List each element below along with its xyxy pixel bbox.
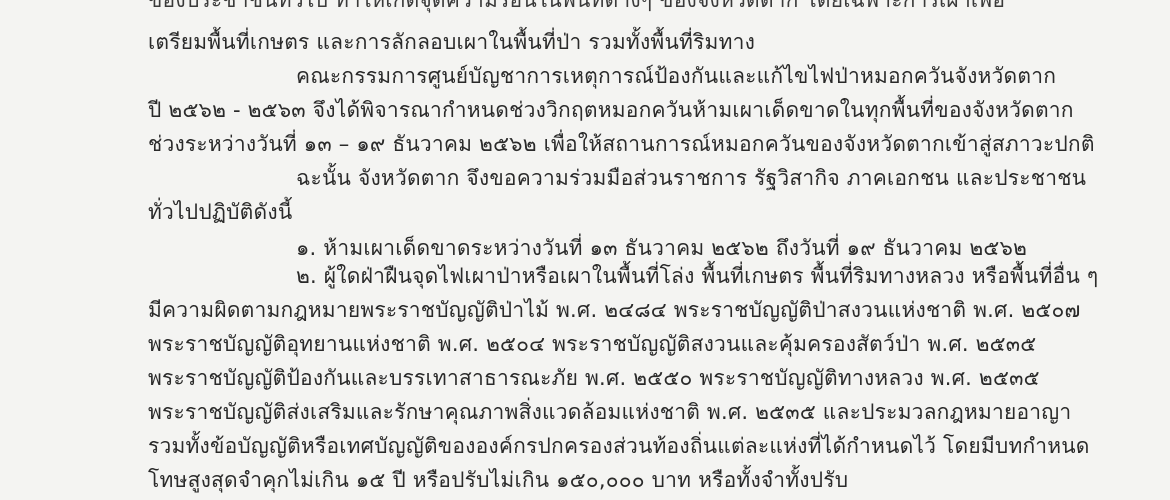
list-item-2: ๒. ผู้ใดฝ่าฝืนจุดไฟเผาป่าหรือเผาในพื้นที… (296, 262, 1098, 290)
paragraph-line: ปี ๒๕๖๒ - ๒๕๖๓ จึงได้พิจารณากำหนดช่วงวิก… (148, 96, 1074, 124)
list-item-1: ๑. ห้ามเผาเด็ดขาดระหว่างวันที่ ๑๓ ธันวาค… (296, 234, 1027, 262)
paragraph-line-indented: ฉะนั้น จังหวัดตาก จึงขอความร่วมมือส่วนรา… (296, 164, 1086, 192)
paragraph-line-indented: คณะกรรมการศูนย์บัญชาการเหตุการณ์ป้องกันแ… (296, 62, 1056, 90)
scanned-document-page: ของประชาชนทั่วไป ทำให้เกิดจุดความร้อนในพ… (0, 0, 1170, 500)
paragraph-line-cut-off: ของประชาชนทั่วไป ทำให้เกิดจุดความร้อนในพ… (148, 0, 1005, 14)
paragraph-line: พระราชบัญญัติป้องกันและบรรเทาสาธารณะภัย … (148, 364, 1040, 392)
paragraph-line: มีความผิดตามกฎหมายพระราชบัญญัติป่าไม้ พ.… (148, 296, 1080, 324)
paragraph-line: โทษสูงสุดจำคุกไม่เกิน ๑๕ ปี หรือปรับไม่เ… (148, 466, 848, 494)
paragraph-line: รวมทั้งข้อบัญญัติหรือเทศบัญญัติขององค์กร… (148, 432, 1090, 460)
paragraph-line: พระราชบัญญัติส่งเสริมและรักษาคุณภาพสิ่งแ… (148, 398, 1071, 426)
paragraph-line: เตรียมพื้นที่เกษตร และการลักลอบเผาในพื้น… (148, 28, 755, 56)
paragraph-line: ทั่วไปปฏิบัติดังนี้ (148, 198, 292, 226)
paragraph-line: ช่วงระหว่างวันที่ ๑๓ – ๑๙ ธันวาคม ๒๕๖๒ เ… (148, 130, 1095, 158)
paragraph-line: พระราชบัญญัติอุทยานแห่งชาติ พ.ศ. ๒๕๐๔ พร… (148, 330, 1036, 358)
